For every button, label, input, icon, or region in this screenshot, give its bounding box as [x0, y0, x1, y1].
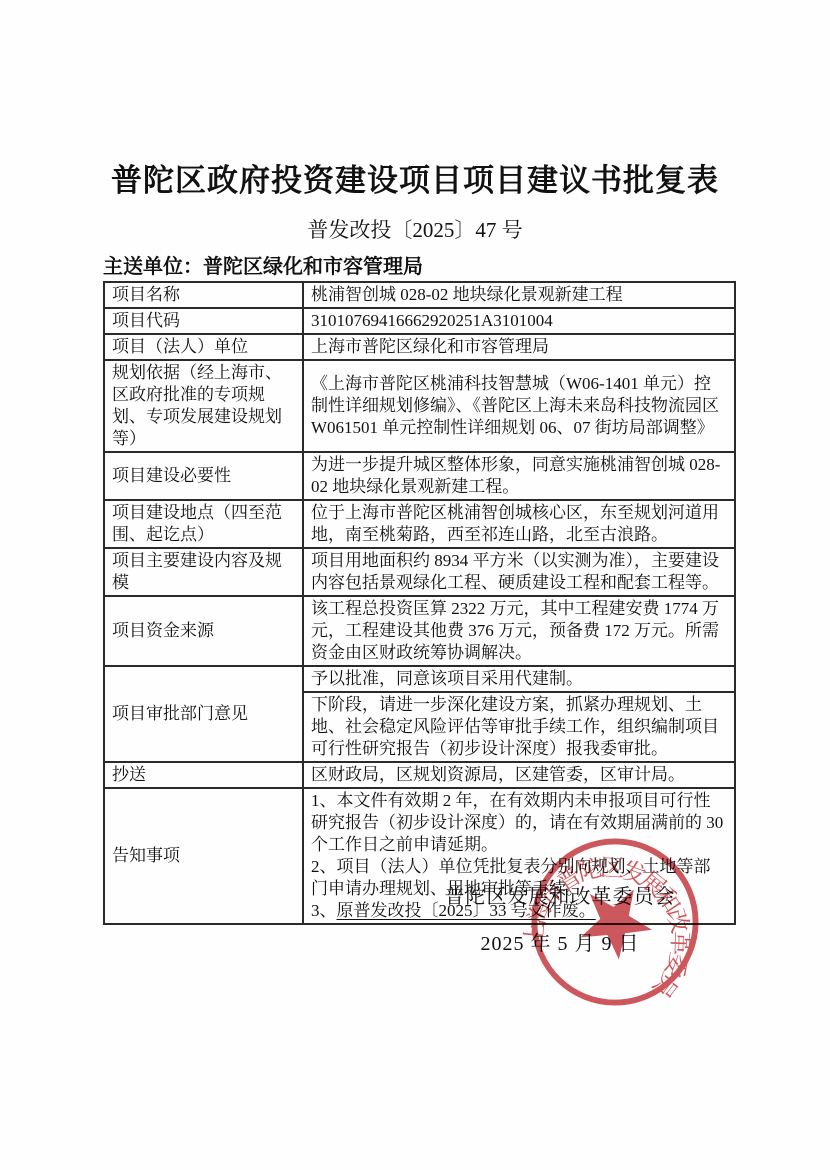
page-title: 普陀区政府投资建设项目项目建议书批复表: [0, 155, 830, 200]
row-content: 位于上海市普陀区桃浦智创城核心区，东至规划河道用地，南至桃菊路，西至祁连山路，北…: [303, 500, 735, 548]
row-content: 31010769416662920251A3101004: [303, 308, 735, 334]
table-row: 项目主要建设内容及规模 项目用地面积约 8934 平方米（以实测为准），主要建设…: [104, 548, 735, 596]
table-row: 项目建设必要性 为进一步提升城区整体形象，同意实施桃浦智创城 028-02 地块…: [104, 452, 735, 500]
row-content: 项目用地面积约 8934 平方米（以实测为准），主要建设内容包括景观绿化工程、硬…: [303, 548, 735, 596]
table-row: 规划依据（经上海市、区政府批准的专项规划、专项发展建设规划等） 《上海市普陀区桃…: [104, 360, 735, 452]
row-label: 项目资金来源: [104, 596, 303, 666]
row-label: 规划依据（经上海市、区政府批准的专项规划、专项发展建设规划等）: [104, 360, 303, 452]
row-content: 桃浦智创城 028-02 地块绿化景观新建工程: [303, 282, 735, 308]
table-row: 项目（法人）单位 上海市普陀区绿化和市容管理局: [104, 334, 735, 360]
row-content: 《上海市普陀区桃浦科技智慧城（W06-1401 单元）控制性详细规划修编》、《普…: [303, 360, 735, 452]
row-label: 项目（法人）单位: [104, 334, 303, 360]
table-row: 项目代码 31010769416662920251A3101004: [104, 308, 735, 334]
row-label: 项目审批部门意见: [104, 666, 303, 762]
row-label: 项目主要建设内容及规模: [104, 548, 303, 596]
row-label: 抄送: [104, 762, 303, 788]
document-number: 普发改投〔2025〕47 号: [0, 214, 830, 244]
table-row-approval-decision: 项目审批部门意见 予以批准，同意该项目采用代建制。: [104, 666, 735, 692]
notes-item-3-prefix: 3、: [311, 901, 337, 920]
row-label: 告知事项: [104, 788, 303, 924]
notes-item-1: 1、本文件有效期 2 年，在有效期内未申报项目可行性研究报告（初步设计深度）的，…: [311, 790, 727, 856]
cc-content: 区财政局，区规划资源局，区建管委，区审计局。: [303, 762, 735, 788]
row-label: 项目建设地点（四至范围、起讫点）: [104, 500, 303, 548]
table-row: 项目建设地点（四至范围、起讫点） 位于上海市普陀区桃浦智创城核心区，东至规划河道…: [104, 500, 735, 548]
row-label: 项目代码: [104, 308, 303, 334]
signature-block: 普陀区发展和改革委员会 2025 年 5 月 9 日: [430, 880, 690, 956]
table-row: 项目名称 桃浦智创城 028-02 地块绿化景观新建工程: [104, 282, 735, 308]
table-row: 项目资金来源 该工程总投资匡算 2322 万元，其中工程建安费 1774 万元，…: [104, 596, 735, 666]
row-label: 项目建设必要性: [104, 452, 303, 500]
approval-table: 项目名称 桃浦智创城 028-02 地块绿化景观新建工程 项目代码 310107…: [103, 281, 736, 925]
issuer-name: 普陀区发展和改革委员会: [430, 880, 690, 909]
row-content: 该工程总投资匡算 2322 万元，其中工程建安费 1774 万元，工程建设其他费…: [303, 596, 735, 666]
row-label: 项目名称: [104, 282, 303, 308]
row-content: 为进一步提升城区整体形象，同意实施桃浦智创城 028-02 地块绿化景观新建工程…: [303, 452, 735, 500]
issue-date: 2025 年 5 月 9 日: [430, 927, 690, 956]
recipient-line: 主送单位：普陀区绿化和市容管理局: [103, 250, 423, 279]
row-content: 上海市普陀区绿化和市容管理局: [303, 334, 735, 360]
approval-next-steps: 下阶段，请进一步深化建设方案，抓紧办理规划、土地、社会稳定风险评估等审批手续工作…: [303, 692, 735, 762]
document-page: 普陀区政府投资建设项目项目建议书批复表 普发改投〔2025〕47 号 主送单位：…: [0, 0, 830, 1170]
table-row-cc: 抄送 区财政局，区规划资源局，区建管委，区审计局。: [104, 762, 735, 788]
approval-decision: 予以批准，同意该项目采用代建制。: [303, 666, 735, 692]
